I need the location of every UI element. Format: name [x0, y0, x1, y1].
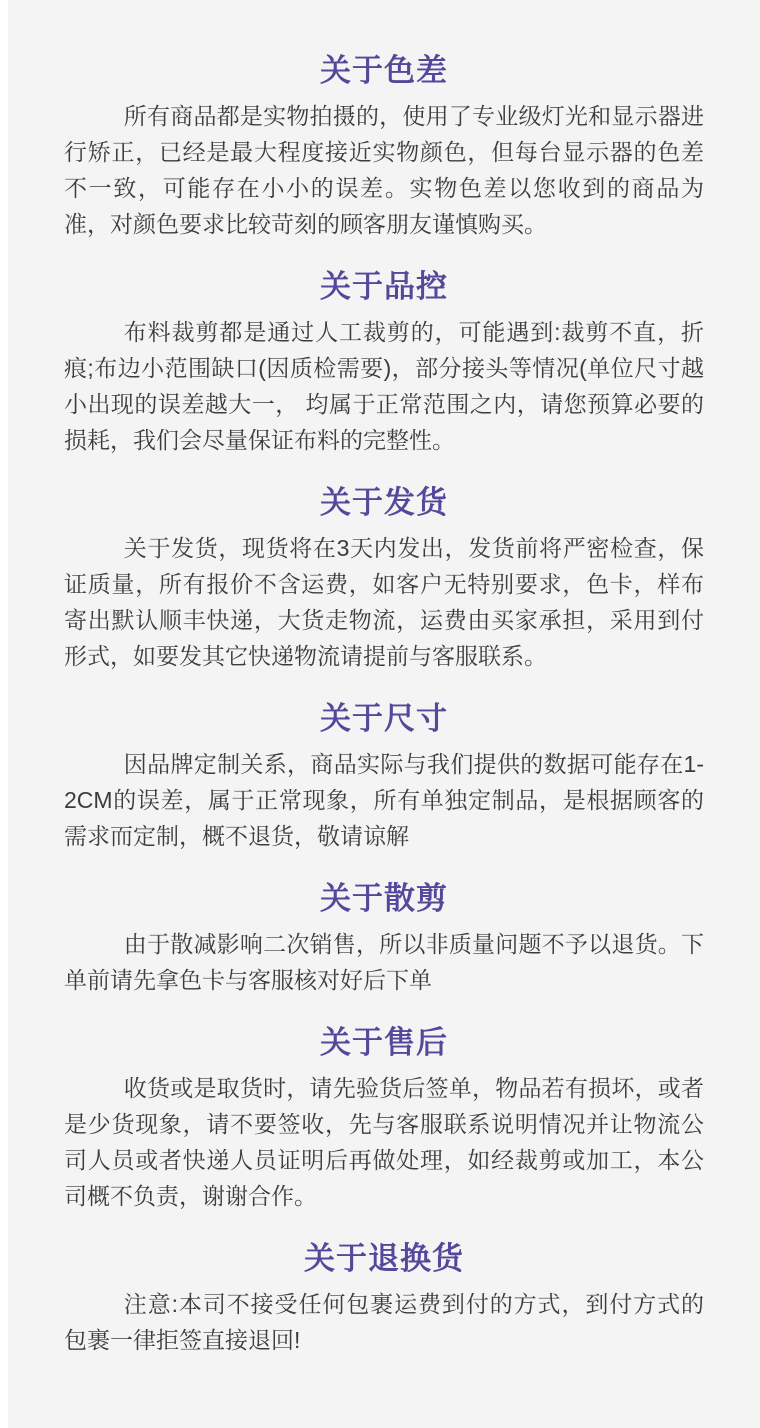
- section-body: 所有商品都是实物拍摄的，使用了专业级灯光和显示器进行矫正，已经是最大程度接近实物…: [64, 98, 704, 242]
- section-title: 关于散剪: [8, 880, 760, 918]
- section-size: 关于尺寸 因品牌定制关系，商品实际与我们提供的数据可能存在1-2CM的误差，属于…: [8, 700, 760, 854]
- section-color-difference: 关于色差 所有商品都是实物拍摄的，使用了专业级灯光和显示器进行矫正，已经是最大程…: [8, 52, 760, 242]
- section-body: 注意:本司不接受任何包裹运费到付的方式，到付方式的包裹一律拒签直接退回!: [64, 1286, 704, 1358]
- section-loose-cut: 关于散剪 由于散减影响二次销售，所以非质量问题不予以退货。下单前请先拿色卡与客服…: [8, 880, 760, 998]
- section-body: 由于散减影响二次销售，所以非质量问题不予以退货。下单前请先拿色卡与客服核对好后下…: [64, 926, 704, 998]
- section-title: 关于品控: [8, 268, 760, 306]
- section-body: 关于发货，现货将在3天内发出，发货前将严密检查，保证质量，所有报价不含运费，如客…: [64, 530, 704, 674]
- section-title: 关于尺寸: [8, 700, 760, 738]
- section-body: 因品牌定制关系，商品实际与我们提供的数据可能存在1-2CM的误差，属于正常现象，…: [64, 746, 704, 854]
- section-title: 关于发货: [8, 484, 760, 522]
- section-title: 关于退换货: [8, 1240, 760, 1278]
- section-returns: 关于退换货 注意:本司不接受任何包裹运费到付的方式，到付方式的包裹一律拒签直接退…: [8, 1240, 760, 1358]
- section-title: 关于色差: [8, 52, 760, 90]
- section-after-sales: 关于售后 收货或是取货时，请先验货后签单，物品若有损坏，或者是少货现象，请不要签…: [8, 1024, 760, 1214]
- section-body: 布料裁剪都是通过人工裁剪的，可能遇到:裁剪不直，折痕;布边小范围缺口(因质检需要…: [64, 314, 704, 458]
- section-shipping: 关于发货 关于发货，现货将在3天内发出，发货前将严密检查，保证质量，所有报价不含…: [8, 484, 760, 674]
- product-notice-viewport: 关于色差 所有商品都是实物拍摄的，使用了专业级灯光和显示器进行矫正，已经是最大程…: [0, 0, 760, 1428]
- section-title: 关于售后: [8, 1024, 760, 1062]
- section-body: 收货或是取货时，请先验货后签单，物品若有损坏，或者是少货现象，请不要签收，先与客…: [64, 1070, 704, 1214]
- notice-page: 关于色差 所有商品都是实物拍摄的，使用了专业级灯光和显示器进行矫正，已经是最大程…: [8, 0, 760, 1428]
- section-quality-control: 关于品控 布料裁剪都是通过人工裁剪的，可能遇到:裁剪不直，折痕;布边小范围缺口(…: [8, 268, 760, 458]
